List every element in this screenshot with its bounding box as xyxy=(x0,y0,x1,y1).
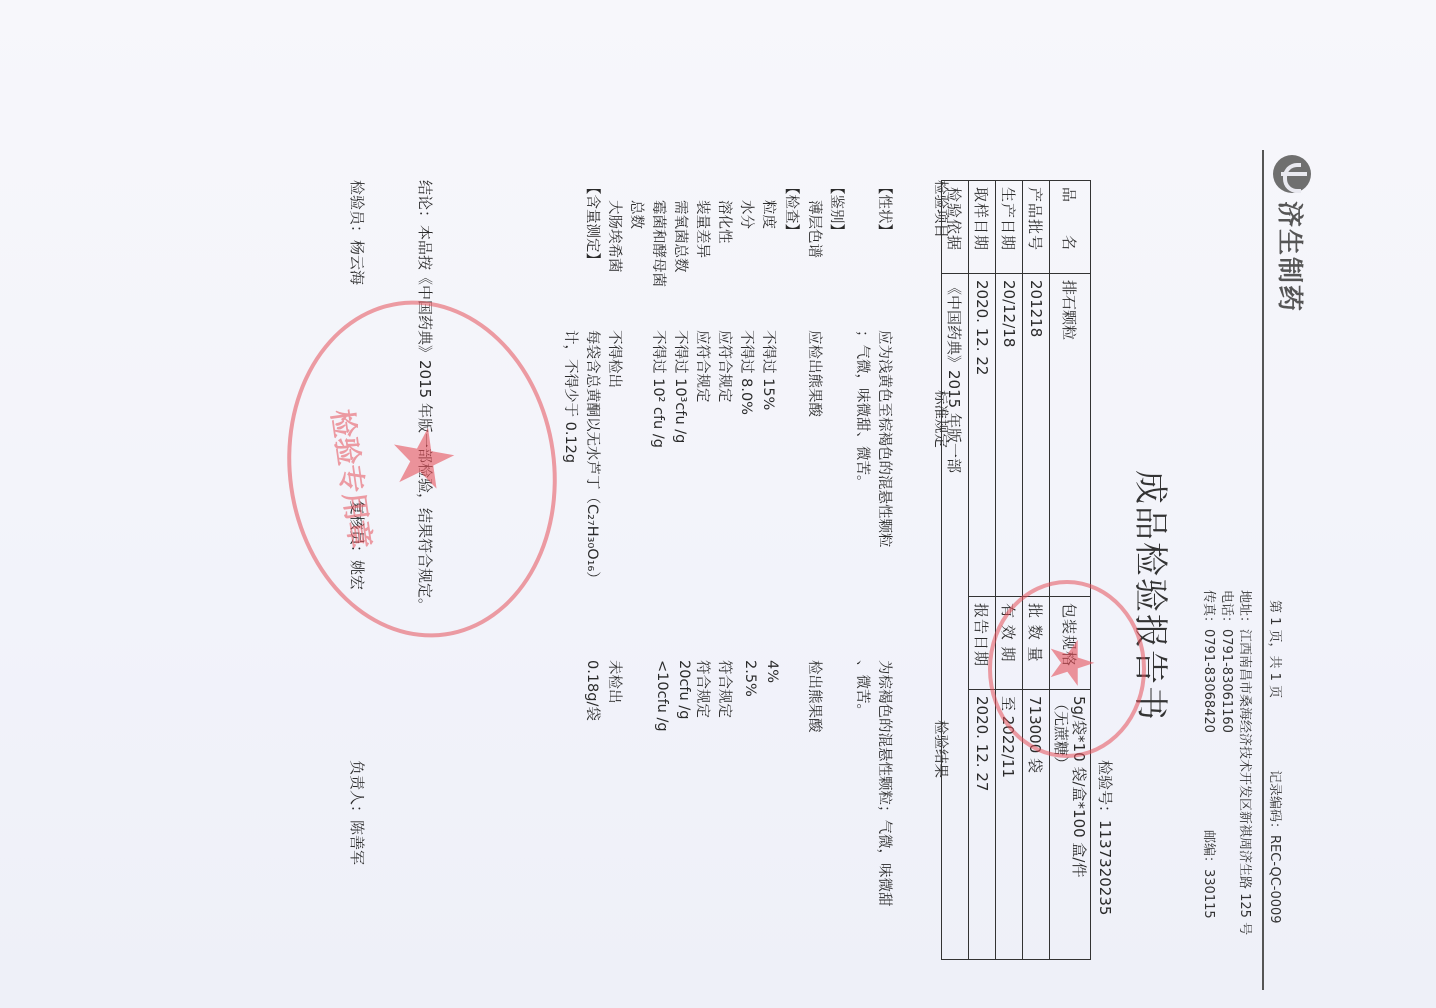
section-tests: 【检查】 xyxy=(782,180,803,238)
column-header-standard: 标准规定 xyxy=(931,390,952,448)
column-header-item: 检验项目 xyxy=(931,180,952,238)
inspector-signature: 检验员：杨云海 xyxy=(347,180,368,285)
stamp-text: 检验专用章 xyxy=(323,407,382,551)
company-phone: 电话：0791-83061160 xyxy=(1219,590,1238,733)
section-assay: 【含量测定】 xyxy=(583,180,604,267)
table-row: 产品批号 201218 批 数 量 713000 袋 xyxy=(1023,181,1050,960)
test-item-name: 水分 xyxy=(737,200,758,229)
company-address: 地址：江西南昌市桑海经济技术开发区新祺周济生路 125 号 xyxy=(1237,590,1256,935)
inspection-number: 检验号：1137320235 xyxy=(1095,760,1116,915)
stamp-star-icon: ★ xyxy=(373,417,475,501)
table-row: 品 名 排石颗粒 包装规格 5g/袋*10 袋/盒*100 盒/件 （无蔗糖） xyxy=(1050,181,1091,960)
qa-stamp: ★ xyxy=(988,580,1146,758)
qc-stamp: ★ 检验专用章 xyxy=(266,283,578,655)
inspection-report-page: 济生制药 第 1 页，共 1 页 记录编码：REC-QC-0009 地址：江西南… xyxy=(0,0,1436,1008)
section-properties: 【性状】 xyxy=(875,180,896,238)
column-header-result: 检验结果 xyxy=(931,720,952,778)
supervisor-signature: 负责人：陈善军 xyxy=(347,760,368,865)
test-item-name: 霉菌和酵母菌 xyxy=(649,200,670,287)
header-divider xyxy=(1262,150,1264,990)
product-info-table: 品 名 排石颗粒 包装规格 5g/袋*10 袋/盒*100 盒/件 （无蔗糖） … xyxy=(941,180,1091,960)
company-fax: 传真：0791-83068420 xyxy=(1201,590,1220,733)
test-item-name: 装量差异 xyxy=(693,200,714,258)
test-item-name: 大肠埃希菌 xyxy=(605,200,626,273)
test-item-name: 需氧菌总数 xyxy=(671,200,692,273)
company-logo: 济生制药 xyxy=(1273,155,1311,313)
record-code: 记录编码：REC-QC-0009 xyxy=(1267,770,1286,924)
company-logo-icon xyxy=(1273,155,1311,193)
test-item-name: 溶化性 xyxy=(715,200,736,244)
test-item-name: 粒度 xyxy=(759,200,780,229)
stamp-star-icon: ★ xyxy=(1036,636,1106,690)
company-postcode: 邮编：330115 xyxy=(1201,830,1220,919)
section-identification: 【鉴别】 xyxy=(827,180,848,238)
page-info: 第 1 页，共 1 页 xyxy=(1267,600,1286,698)
table-row: 检验依据 《中国药典》2015 年版一部 xyxy=(942,181,969,960)
table-row: 取样日期 2020. 12. 22 报告日期 2020. 12. 27 xyxy=(969,181,996,960)
table-row: 生产日期 20/12/18 有 效 期 至 2022/11 xyxy=(996,181,1023,960)
